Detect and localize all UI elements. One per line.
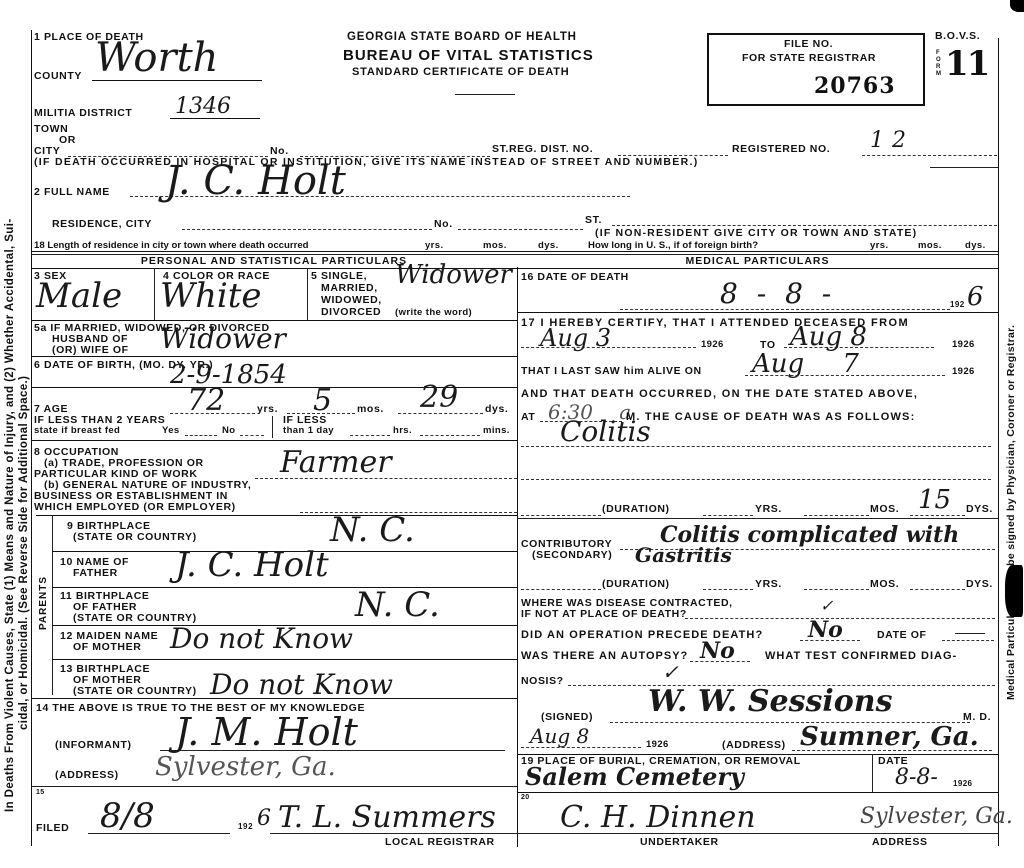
color-value: White (160, 276, 262, 316)
local-registrar-signature: T. L. Summers (278, 800, 496, 835)
spouse-value: Widower (160, 322, 286, 355)
date-of-death-value: 8 - 8 - (720, 277, 831, 310)
form-number: 11 (945, 44, 988, 84)
registered-no-label: REGISTERED NO. (732, 143, 830, 155)
marital-label-1: 5 SINGLE, (311, 270, 367, 282)
bureau-title: BUREAU OF VITAL STATISTICS (343, 47, 594, 64)
hrs-line (350, 435, 390, 436)
registered-no-value: 12 (870, 128, 914, 153)
infant-divider (272, 416, 273, 438)
hospital-note: (IF DEATH OCCURRED IN HOSPITAL OR INSTIT… (34, 156, 699, 168)
title-rule (455, 94, 515, 95)
ink-blot (1005, 565, 1023, 617)
rule-after-burial (517, 792, 998, 793)
state-registrar-label: FOR STATE REGISTRAR (742, 52, 876, 64)
parents-divider (52, 515, 53, 695)
sex-value: Male (36, 276, 122, 316)
mother-name-label-2: OF MOTHER (73, 641, 141, 653)
birthplace-value: N. C. (330, 510, 415, 550)
frame-right (998, 38, 999, 846)
item-15-label: 15 (36, 789, 45, 796)
rule-after-mother (52, 659, 517, 660)
contracted-label-2: IF NOT AT PLACE OF DEATH? (521, 608, 687, 620)
nonresident-note: (IF NON-RESIDENT GIVE CITY OR TOWN AND S… (595, 227, 917, 239)
age-mos-unit: mos. (357, 403, 384, 415)
test-label-1: WHAT TEST CONFIRMED DIAG- (765, 650, 957, 662)
board-title: GEORGIA STATE BOARD OF HEALTH (347, 31, 577, 43)
contributory-value-2: Gastritis (635, 543, 732, 567)
filed-label: FILED (36, 822, 69, 834)
form-label: FORM (936, 50, 942, 78)
test-label-2: NOSIS? (521, 675, 564, 687)
operation-date-label: DATE OF (877, 629, 927, 641)
mother-birthplace-value: Do not Know (210, 668, 393, 701)
birthplace-label-2: (STATE OR COUNTRY) (73, 531, 197, 543)
st-reg-dist-label: ST.REG. DIST. NO. (492, 143, 593, 155)
date-of-death-year-prefix: 192 (950, 300, 965, 309)
or-label: OR (59, 134, 76, 146)
rule-after-occupation (36, 515, 517, 516)
residence-line (182, 229, 432, 230)
mother-name-value: Do not Know (170, 622, 353, 655)
undertaker-label: UNDERTAKER (640, 836, 719, 848)
cause-line-1 (521, 446, 991, 447)
breastfed-yes-line (185, 435, 217, 436)
parents-side-label: PARENTS (38, 576, 49, 630)
at-label: AT (521, 411, 535, 423)
duration1-mos-line (804, 515, 869, 516)
militia-district-value: 1346 (175, 94, 231, 119)
rule-after-date-of-death (517, 312, 998, 313)
attended-from-value: Aug 3 (540, 324, 611, 352)
death-occurred-label: AND THAT DEATH OCCURRED, ON THE DATE STA… (521, 388, 918, 400)
informant-address-value: Sylvester, Ga. (155, 752, 336, 782)
county-value: Worth (95, 35, 218, 81)
date-of-death-year-digit: 6 (967, 282, 984, 312)
physician-address-label: (ADDRESS) (722, 739, 786, 751)
column-divider (517, 267, 518, 847)
duration1-yrs: YRS. (755, 503, 782, 515)
age-dys-unit: dys. (485, 403, 508, 415)
duration1-dys-line (910, 515, 965, 516)
foreign-dys: dys. (965, 240, 986, 251)
frame-left (31, 30, 32, 846)
mother-birthplace-label-3: (STATE OR COUNTRY) (73, 685, 197, 697)
informant-value: J. M. Holt (175, 710, 358, 754)
marital-label-4: DIVORCED (321, 306, 381, 318)
occupation-b-line3: WHICH EMPLOYED (OR EMPLOYER) (34, 501, 236, 513)
foreign-birth-label: How long in U. S., if of foreign birth? (588, 240, 758, 251)
duration1-label: (DURATION) (602, 503, 670, 515)
rule-after-age (31, 440, 517, 441)
father-name-label-2: FATHER (73, 567, 118, 579)
file-number: 20763 (814, 73, 896, 99)
breastfed-no-line (240, 435, 264, 436)
residence-label: RESIDENCE, CITY (52, 218, 152, 230)
duration2-mos-line (804, 589, 869, 590)
age-days: 29 (420, 380, 458, 415)
duration1-dys: DYS. (966, 503, 993, 515)
undertaker-address-value: Sylvester, Ga. (860, 804, 1013, 829)
occupation-value: Farmer (280, 445, 392, 480)
contributory-label-2: (SECONDARY) (532, 549, 612, 561)
age-months: 5 (313, 383, 332, 418)
residence-st-label: ST. (585, 214, 602, 226)
residence-no-label: No. (434, 218, 453, 230)
marital-label-3: WIDOWED, (321, 294, 382, 306)
rule-after-parents (31, 698, 517, 699)
duration1-pre-line (521, 515, 601, 516)
filed-year-digit: 6 (257, 806, 271, 831)
burial-date-divider (872, 754, 873, 792)
militia-district-label: MILITIA DISTRICT (34, 107, 132, 119)
duration2-mos: MOS. (870, 578, 899, 590)
rule-after-father (52, 587, 517, 588)
file-number-box: FILE NO. FOR STATE REGISTRAR 20763 (707, 33, 925, 106)
operation-date-dash (955, 633, 985, 634)
burial-place-value: Salem Cemetery (525, 762, 744, 791)
rule-after-duration1 (517, 518, 998, 519)
hrs-unit: hrs. (393, 425, 412, 436)
operation-value: No (808, 617, 843, 643)
burial-year: 1926 (953, 779, 972, 788)
rule-after-sex (31, 320, 517, 321)
bovs-label: B.O.V.S. (935, 30, 980, 42)
header-right-rule (930, 167, 998, 168)
duration2-label: (DURATION) (602, 578, 670, 590)
filed-value: 8/8 (100, 796, 155, 836)
medical-section-title: MEDICAL PARTICULARS (517, 255, 998, 267)
informant-address-line (31, 786, 517, 787)
ink-blot-corner (1010, 0, 1024, 12)
physician-signature: W. W. Sessions (648, 684, 892, 719)
signed-date-value: Aug 8 (530, 724, 589, 748)
physician-address-value: Sumner, Ga. (800, 722, 979, 752)
left-margin-note-line2: cidal, or Homicidal. (See Reverse Side f… (18, 376, 30, 730)
attended-to-value: Aug 8 (790, 322, 867, 352)
duration1-mos: MOS. (870, 503, 899, 515)
residence-yrs: yrs. (425, 240, 444, 251)
duration2-dys-line (910, 589, 965, 590)
local-registrar-label: LOCAL REGISTRAR (385, 836, 495, 848)
left-margin-note-line1: In Deaths From Violent Causes, State (1)… (4, 218, 16, 812)
foreign-mos: mos. (918, 240, 942, 251)
undertaker-line (517, 833, 998, 834)
infant-label-2: state if breast fed (34, 425, 120, 436)
rule-above-sections (31, 251, 998, 252)
mins-unit: mins. (483, 425, 510, 436)
rule-below-sections (31, 268, 998, 269)
residence-st-line (612, 225, 997, 226)
duration2-yrs-line (703, 589, 753, 590)
marital-value: Widower (395, 260, 512, 290)
signed-label: (SIGNED) (541, 711, 593, 723)
cause-of-death-value: Colitis (560, 415, 651, 448)
color-marital-divider (307, 268, 308, 320)
foreign-yrs: yrs. (870, 240, 889, 251)
marital-label-2: MARRIED, (321, 282, 378, 294)
duration2-pre-line (521, 589, 601, 590)
father-name-value: J. C. Holt (175, 545, 329, 585)
date-of-death-label: 16 DATE OF DEATH (521, 271, 629, 283)
mins-line (420, 435, 480, 436)
cause-of-death-label: M. THE CAUSE OF DEATH WAS AS FOLLOWS: (626, 411, 915, 423)
residence-dys: dys. (538, 240, 559, 251)
item-20-label: 20 (521, 794, 530, 801)
test-value: ✓ (662, 660, 679, 684)
less-day-label-2: than 1 day (283, 425, 334, 436)
breastfed-yes-label: Yes (162, 425, 180, 436)
contracted-value: ✓ (820, 596, 833, 615)
registered-line (862, 155, 997, 156)
residence-no-line (458, 229, 583, 230)
signed-year: 1926 (646, 739, 669, 750)
burial-date-value: 8-8- (895, 765, 938, 790)
filed-year-prefix: 192 (238, 822, 253, 831)
right-margin-note: Medical Particulars must be signed by Ph… (1005, 325, 1017, 700)
last-saw-value: Aug 7 (752, 349, 859, 379)
duration1-yrs-line (703, 515, 753, 516)
full-name-label: 2 FULL NAME (34, 186, 110, 198)
duration2-yrs: YRS. (755, 578, 782, 590)
last-saw-year: 1926 (952, 366, 975, 377)
attended-to-year: 1926 (952, 339, 975, 350)
last-saw-label: THAT I LAST SAW him ALIVE ON (521, 365, 702, 377)
attended-from-year: 1926 (701, 339, 724, 350)
informant-address-label: (ADDRESS) (55, 769, 119, 781)
undertaker-signature: C. H. Dinnen (560, 800, 756, 835)
breastfed-no-label: No (222, 425, 235, 436)
age-yrs-unit: yrs. (257, 403, 278, 415)
full-name-value: J. C. Holt (165, 158, 346, 204)
length-of-residence-label: 18 Length of residence in city or town w… (34, 240, 309, 251)
operation-date-line (942, 640, 994, 641)
county-label: COUNTY (34, 70, 82, 82)
certificate-type: STANDARD CERTIFICATE OF DEATH (352, 66, 570, 78)
residence-mos: mos. (483, 240, 507, 251)
informant-label: (INFORMANT) (55, 739, 132, 751)
file-no-label: FILE NO. (784, 38, 833, 50)
duration2-dys: DYS. (966, 578, 993, 590)
duration1-days-value: 15 (918, 485, 951, 515)
sex-color-divider (154, 268, 155, 320)
spouse-label-3: (OR) WIFE OF (52, 344, 129, 356)
cause-line-2 (521, 479, 991, 480)
undertaker-address-label: ADDRESS (872, 836, 928, 848)
rule-after-spouse (31, 356, 517, 357)
autopsy-value: No (700, 638, 735, 664)
father-birthplace-value: N. C. (355, 585, 440, 625)
marital-write-note: (write the word) (395, 307, 472, 318)
age-years: 72 (187, 383, 225, 418)
